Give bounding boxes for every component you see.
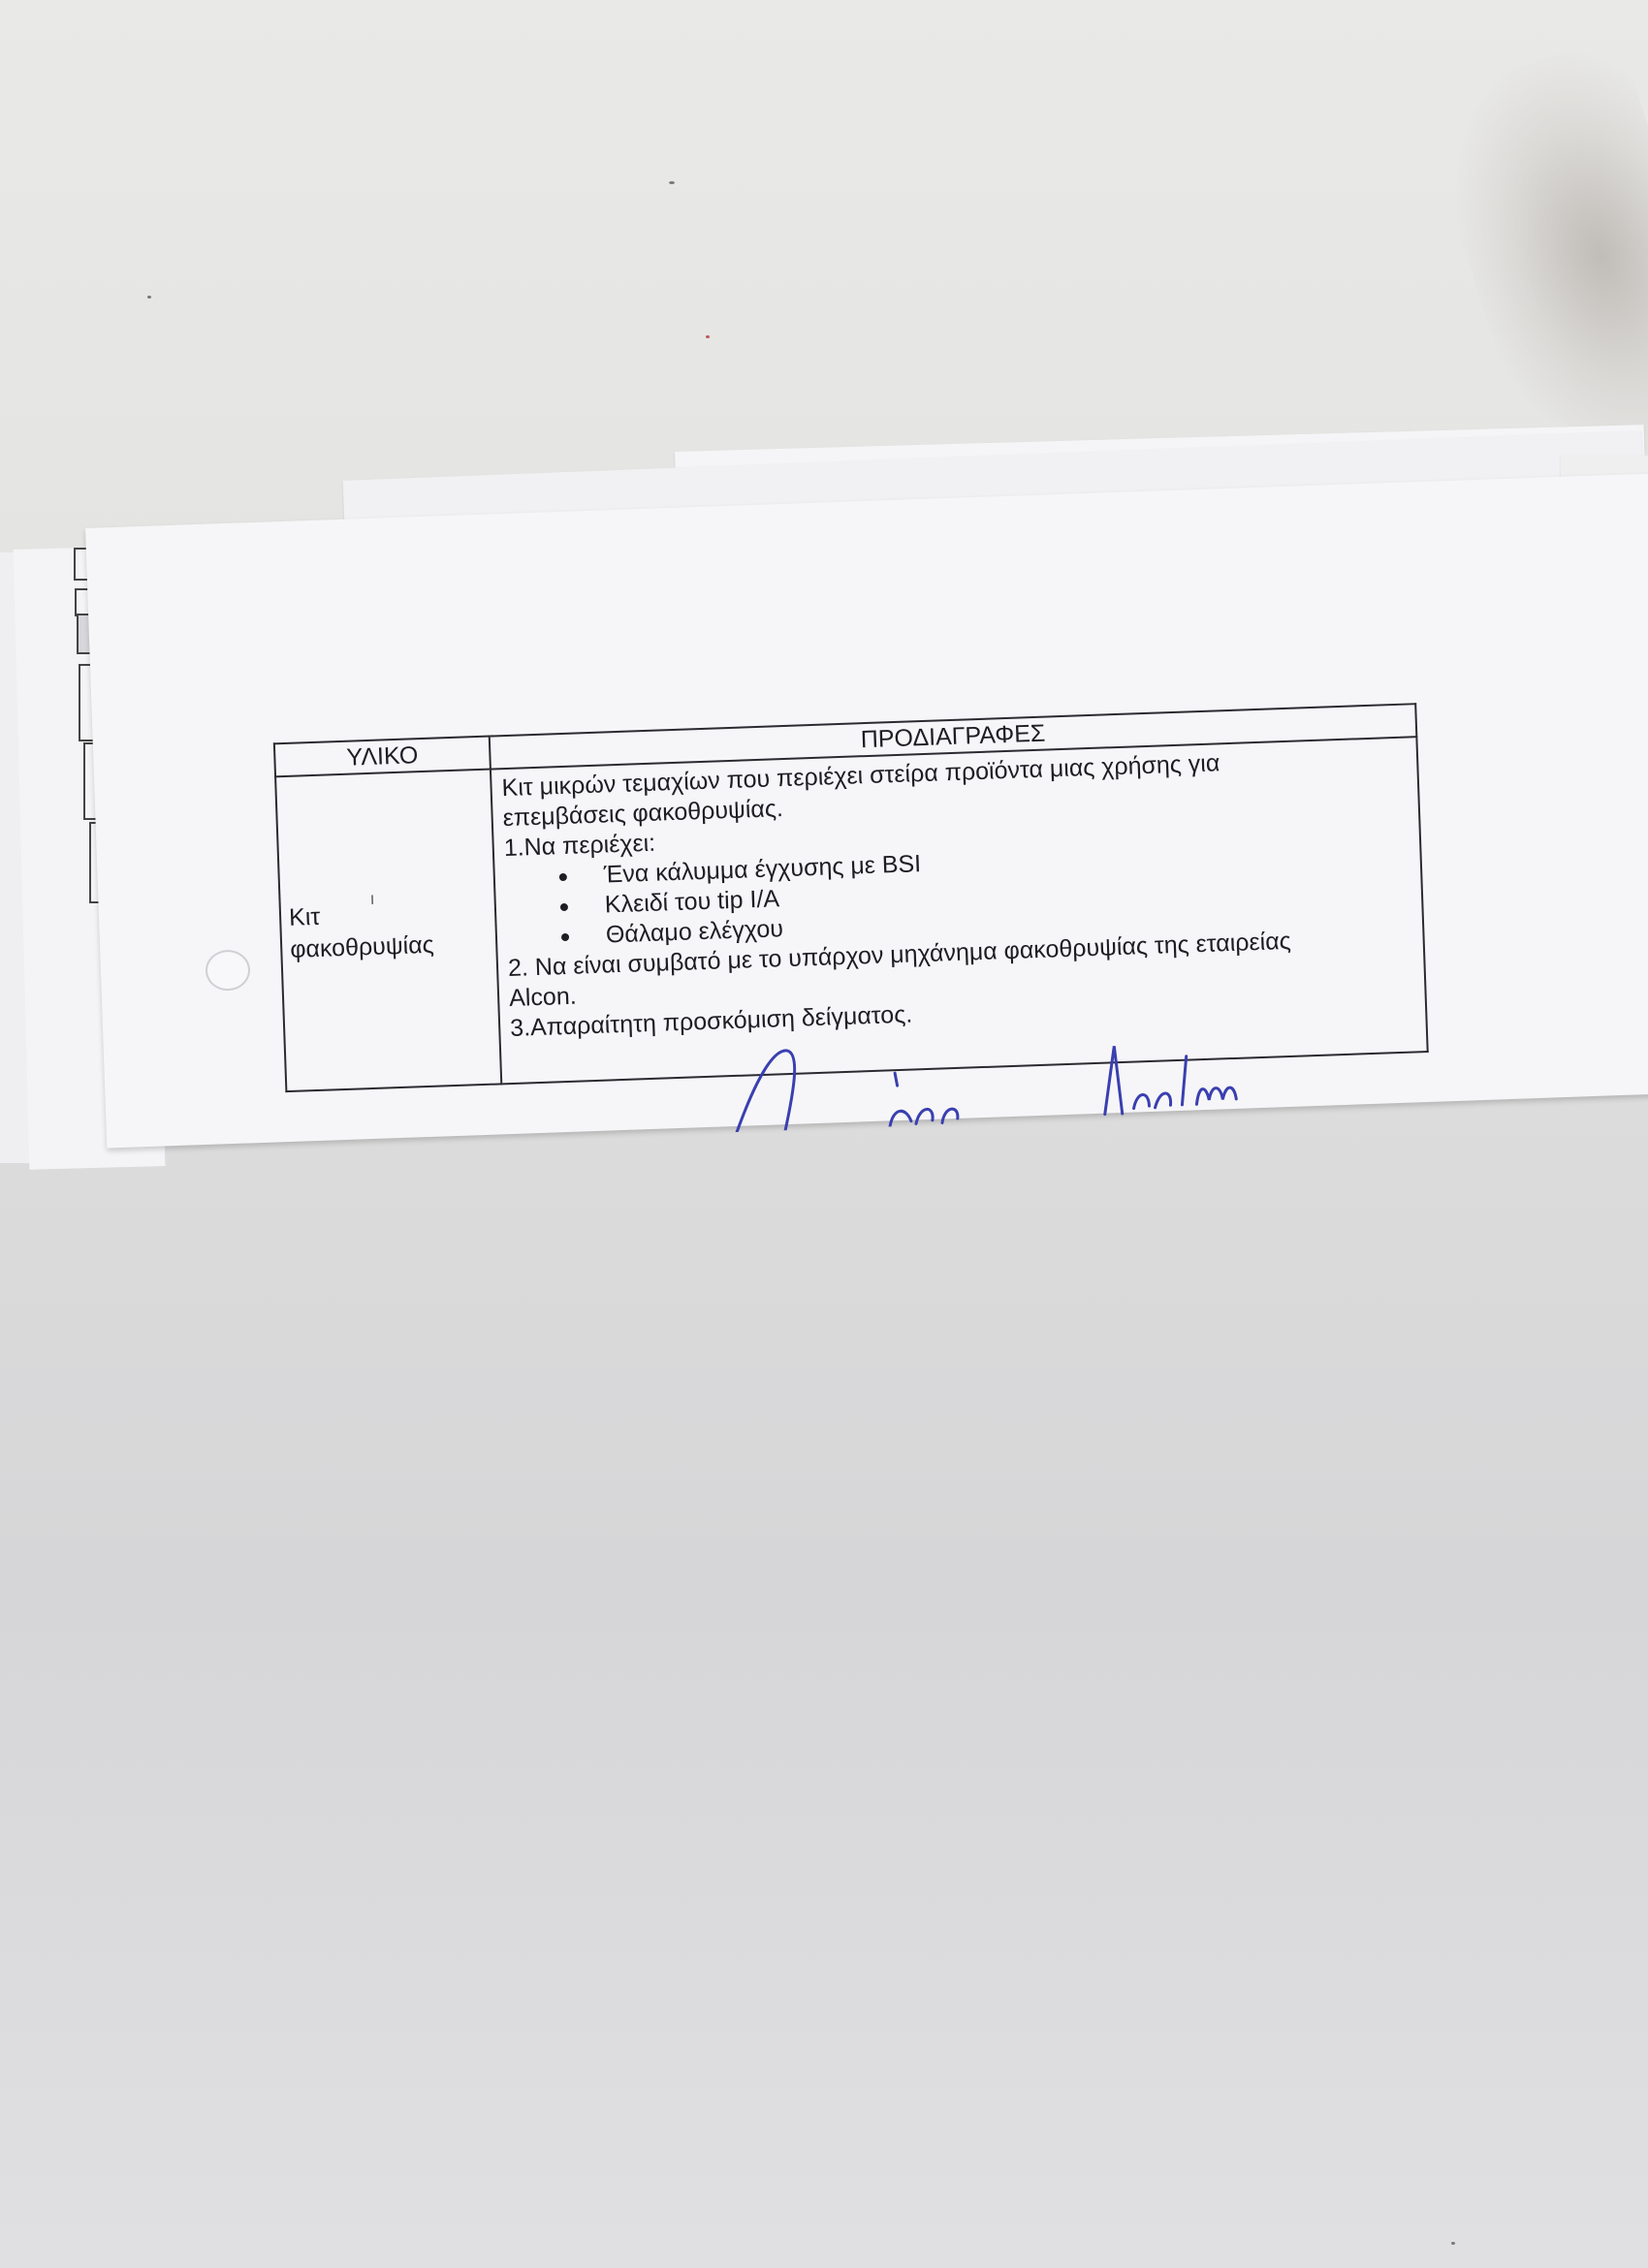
- material-cell: Κιτ φακοθρυψίας: [275, 770, 501, 1092]
- main-document-sheet: ı ΥΛΙΚΟ ΠΡΟΔΙΑΓΡΑΦΕΣ Κιτ φακοθρυψίας Κιτ…: [85, 471, 1648, 1149]
- dust-speck: [147, 296, 151, 299]
- dust-speck: [706, 335, 710, 338]
- punch-hole: [205, 949, 250, 992]
- dust-speck: [1451, 2242, 1455, 2245]
- material-name-line: φακοθρυψίας: [290, 927, 489, 965]
- dust-speck: [669, 181, 675, 184]
